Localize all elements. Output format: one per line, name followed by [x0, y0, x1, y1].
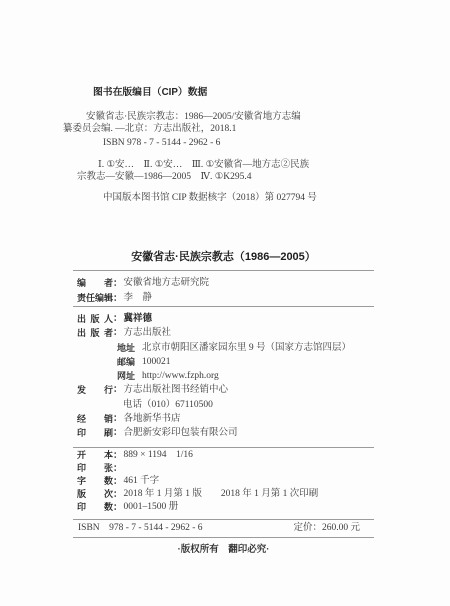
- colon: ：: [113, 383, 123, 397]
- distribution-label: 发行: [77, 383, 113, 397]
- cip-classification-line2: 宗教志—安徽—1986—2005 Ⅳ. ①K295.4: [63, 171, 383, 183]
- editor-section: 编者：安徽省地方志研究院 责任编辑：李 静: [73, 271, 374, 306]
- sheets-label: 印张: [77, 462, 113, 475]
- website-value: http://www.fzph.org: [142, 369, 219, 383]
- colon: ：: [113, 412, 123, 426]
- cip-classification-line1: Ⅰ. ①安… Ⅱ. ①安… Ⅲ. ①安徽省—地方志②民族: [63, 159, 383, 171]
- colon: ：: [113, 488, 123, 501]
- divider: [73, 537, 374, 538]
- publisher-label: 出版者: [77, 326, 113, 340]
- printing-label: 印刷: [77, 426, 113, 440]
- cip-description-line2: 纂委员会编. —北京：方志出版社，2018.1: [63, 123, 383, 135]
- publisher-person-label: 出版人: [77, 312, 113, 326]
- address-value: 北京市朝阳区潘家园东里 9 号（国家方志馆四层）: [142, 341, 351, 355]
- format-label: 开本: [77, 449, 113, 462]
- format-row: 开本：889 × 1194 1/16: [73, 449, 374, 462]
- publisher-person-value: 冀祥德: [124, 312, 153, 326]
- phone-row: 电话（010）67110500: [73, 398, 374, 412]
- isbn-value: ISBN 978 - 7 - 5144 - 2962 - 6: [78, 520, 203, 536]
- word-count-row: 字数：461 千字: [73, 475, 374, 488]
- managing-editor-row: 责任编辑：李 静: [73, 291, 374, 306]
- print-run-row: 印数：0001–1500 册: [73, 501, 374, 514]
- cip-heading: 图书在版编目（CIP）数据: [93, 84, 383, 98]
- colophon-block: 安徽省志·民族宗教志（1986—2005） 编者：安徽省地方志研究院 责任编辑：…: [73, 251, 374, 555]
- publisher-person-row: 出版人：冀祥德: [73, 312, 374, 326]
- website-row: 网址http://www.fzph.org: [73, 369, 374, 383]
- postcode-value: 100021: [142, 355, 171, 369]
- colon: ：: [113, 426, 123, 440]
- publisher-value: 方志出版社: [124, 326, 172, 340]
- price-value: 定价：260.00 元: [293, 520, 360, 536]
- word-count-label: 字数: [77, 475, 113, 488]
- editor-label: 编者: [77, 276, 113, 291]
- distribution-row: 发行：方志出版社图书经销中心: [73, 383, 374, 397]
- postcode-label: 邮编: [117, 355, 135, 369]
- colon: ：: [113, 276, 123, 291]
- website-label: 网址: [117, 369, 135, 383]
- format-value: 889 × 1194 1/16: [124, 449, 193, 462]
- publishing-section: 出版人：冀祥德 出版者：方志出版社 地址北京市朝阳区潘家园东里 9 号（国家方志…: [73, 307, 374, 441]
- edition-row: 版次：2018 年 1 月第 1 版 2018 年 1 月第 1 次印刷: [73, 488, 374, 501]
- cip-block: 图书在版编目（CIP）数据 安徽省志·民族宗教志：1986—2005/安徽省地方…: [63, 84, 383, 204]
- sales-row: 经销：各地新华书店: [73, 412, 374, 426]
- print-run-label: 印数: [77, 501, 113, 514]
- managing-editor-label: 责任编辑: [77, 291, 113, 306]
- print-run-value: 0001–1500 册: [124, 501, 179, 514]
- word-count-value: 461 千字: [124, 475, 160, 488]
- colon: ：: [113, 326, 123, 340]
- colon: ：: [113, 312, 123, 326]
- colon: ：: [113, 449, 123, 462]
- editor-row: 编者：安徽省地方志研究院: [73, 276, 374, 291]
- cip-registry-number: 中国版本图书馆 CIP 数据核字（2018）第 027794 号: [63, 192, 383, 204]
- copyright-notice: ·版权所有 翻印必究·: [73, 541, 374, 555]
- book-title: 安徽省志·民族宗教志（1986—2005）: [73, 251, 374, 264]
- sheets-row: 印张：: [73, 462, 374, 475]
- colon: ：: [113, 462, 123, 475]
- colon: ：: [113, 291, 123, 306]
- edition-value: 2018 年 1 月第 1 版 2018 年 1 月第 1 次印刷: [124, 488, 319, 501]
- printing-value: 合肥新安彩印包装有限公司: [124, 426, 238, 440]
- colon: ：: [113, 501, 123, 514]
- cip-description-line1: 安徽省志·民族宗教志：1986—2005/安徽省地方志编: [63, 111, 383, 123]
- address-label: 地址: [117, 341, 135, 355]
- cip-isbn-line: ISBN 978 - 7 - 5144 - 2962 - 6: [63, 137, 383, 149]
- address-row: 地址北京市朝阳区潘家园东里 9 号（国家方志馆四层）: [73, 341, 374, 355]
- isbn-price-row: ISBN 978 - 7 - 5144 - 2962 - 6 定价：260.00…: [73, 520, 374, 536]
- managing-editor-value: 李 静: [124, 291, 153, 306]
- editor-value: 安徽省地方志研究院: [124, 276, 210, 291]
- printing-row: 印刷：合肥新安彩印包装有限公司: [73, 426, 374, 440]
- colon: ：: [113, 475, 123, 488]
- phone-value: 电话（010）67110500: [123, 398, 213, 412]
- edition-label: 版次: [77, 488, 113, 501]
- sales-label: 经销: [77, 412, 113, 426]
- print-spec-section: 开本：889 × 1194 1/16 印张： 字数：461 千字 版次：2018…: [73, 448, 374, 514]
- publisher-row: 出版者：方志出版社: [73, 326, 374, 340]
- distribution-value: 方志出版社图书经销中心: [124, 383, 229, 397]
- sales-value: 各地新华书店: [124, 412, 181, 426]
- postcode-row: 邮编100021: [73, 355, 374, 369]
